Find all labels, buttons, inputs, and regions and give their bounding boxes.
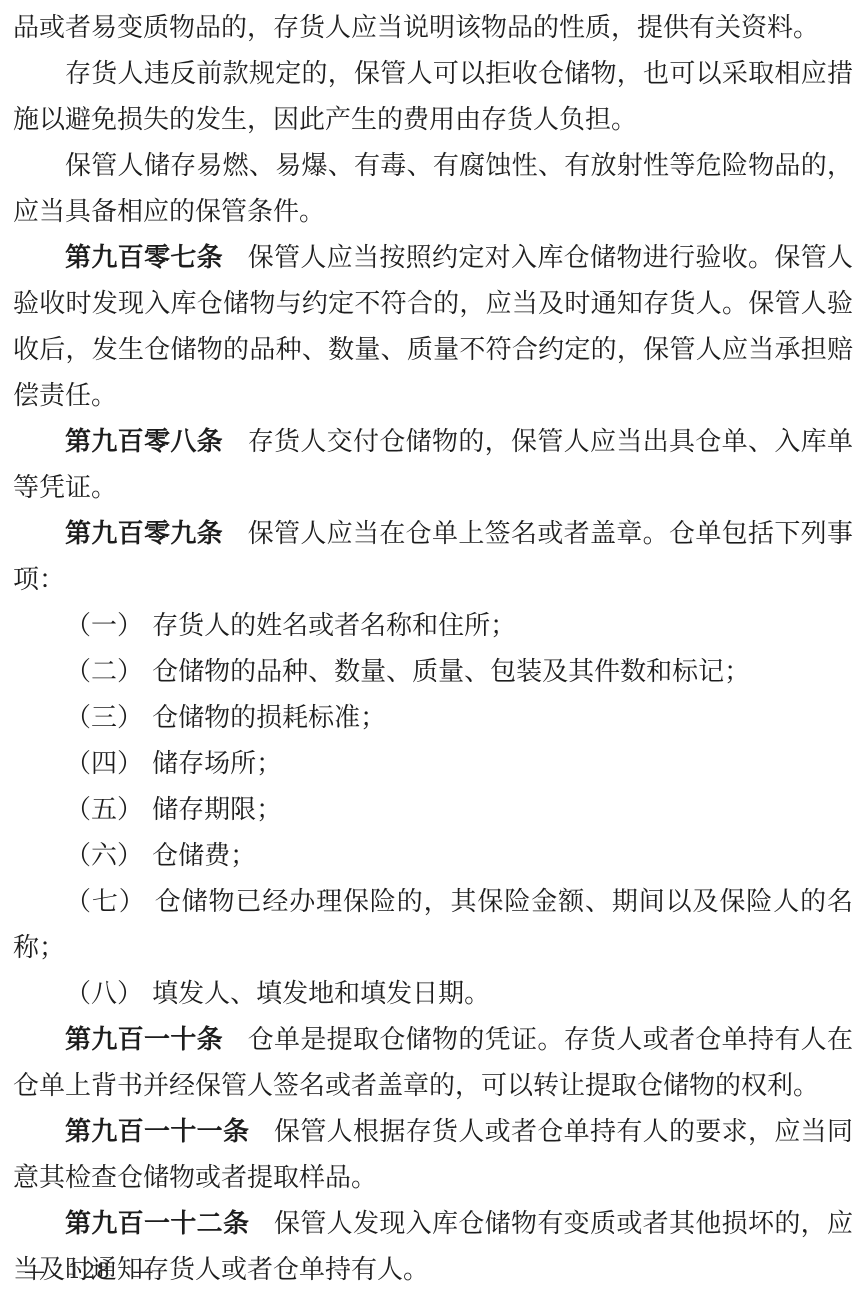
article-paragraph: 第九百零九条保管人应当在仓单上签名或者盖章。仓单包括下列事项： bbox=[13, 511, 853, 603]
paragraph: 存货人违反前款规定的，保管人可以拒收仓储物，也可以采取相应措施以避免损失的发生，… bbox=[13, 51, 853, 143]
list-item: （二）仓储物的品种、数量、质量、包装及其件数和标记； bbox=[13, 649, 853, 695]
list-item: （五）储存期限； bbox=[13, 787, 853, 833]
list-item-number: （一） bbox=[65, 611, 143, 641]
list-item-number: （八） bbox=[65, 979, 143, 1009]
paragraph-text: 储存期限； bbox=[152, 795, 282, 825]
list-item: （八）填发人、填发地和填发日期。 bbox=[13, 971, 853, 1017]
paragraph-text: 仓储费； bbox=[152, 841, 256, 871]
document-body: 品或者易变质物品的，存货人应当说明该物品的性质，提供有关资料。 存货人违反前款规… bbox=[0, 0, 867, 1289]
list-item: （七）仓储物已经办理保险的，其保险金额、期间以及保险人的名称； bbox=[13, 879, 853, 971]
paragraph: 保管人储存易燃、易爆、有毒、有腐蚀性、有放射性等危险物品的，应当具备相应的保管条… bbox=[13, 143, 853, 235]
page-footer: — 128 — bbox=[24, 1259, 154, 1283]
paragraph-text: 仓储物的损耗标准； bbox=[152, 703, 386, 733]
article-number: 第九百零七条 bbox=[65, 243, 223, 273]
article-number: 第九百零八条 bbox=[65, 427, 223, 457]
article-paragraph: 第九百一十条仓单是提取仓储物的凭证。存货人或者仓单持有人在仓单上背书并经保管人签… bbox=[13, 1017, 853, 1109]
article-paragraph: 第九百一十一条保管人根据存货人或者仓单持有人的要求，应当同意其检查仓储物或者提取… bbox=[13, 1109, 853, 1201]
article-number: 第九百一十条 bbox=[65, 1025, 223, 1055]
article-number: 第九百零九条 bbox=[65, 519, 223, 549]
list-item: （六）仓储费； bbox=[13, 833, 853, 879]
paragraph-text: 品或者易变质物品的，存货人应当说明该物品的性质，提供有关资料。 bbox=[13, 13, 819, 43]
paragraph-text: 存货人的姓名或者名称和住所； bbox=[152, 611, 516, 641]
list-item-number: （五） bbox=[65, 795, 143, 825]
article-number: 第九百一十一条 bbox=[65, 1117, 249, 1147]
list-item-number: （四） bbox=[65, 749, 143, 779]
list-item: （一）存货人的姓名或者名称和住所； bbox=[13, 603, 853, 649]
list-item-number: （七） bbox=[65, 887, 146, 917]
article-number: 第九百一十二条 bbox=[65, 1209, 249, 1239]
paragraph-text: 存货人违反前款规定的，保管人可以拒收仓储物，也可以采取相应措施以避免损失的发生，… bbox=[13, 59, 853, 135]
paragraph-text: 填发人、填发地和填发日期。 bbox=[152, 979, 490, 1009]
article-paragraph: 第九百零七条保管人应当按照约定对入库仓储物进行验收。保管人验收时发现入库仓储物与… bbox=[13, 235, 853, 419]
list-item-number: （六） bbox=[65, 841, 143, 871]
article-paragraph: 第九百零八条存货人交付仓储物的，保管人应当出具仓单、入库单等凭证。 bbox=[13, 419, 853, 511]
list-item-number: （二） bbox=[65, 657, 143, 687]
paragraph-text: 仓储物的品种、数量、质量、包装及其件数和标记； bbox=[152, 657, 750, 687]
document-page: 品或者易变质物品的，存货人应当说明该物品的性质，提供有关资料。 存货人违反前款规… bbox=[0, 0, 867, 1289]
paragraph-text: 保管人储存易燃、易爆、有毒、有腐蚀性、有放射性等危险物品的，应当具备相应的保管条… bbox=[13, 151, 853, 227]
list-item: （四）储存场所； bbox=[13, 741, 853, 787]
paragraph-text: 储存场所； bbox=[152, 749, 282, 779]
paragraph: 品或者易变质物品的，存货人应当说明该物品的性质，提供有关资料。 bbox=[13, 5, 853, 51]
list-item-number: （三） bbox=[65, 703, 143, 733]
page-number: — 128 — bbox=[24, 1259, 154, 1283]
list-item: （三）仓储物的损耗标准； bbox=[13, 695, 853, 741]
